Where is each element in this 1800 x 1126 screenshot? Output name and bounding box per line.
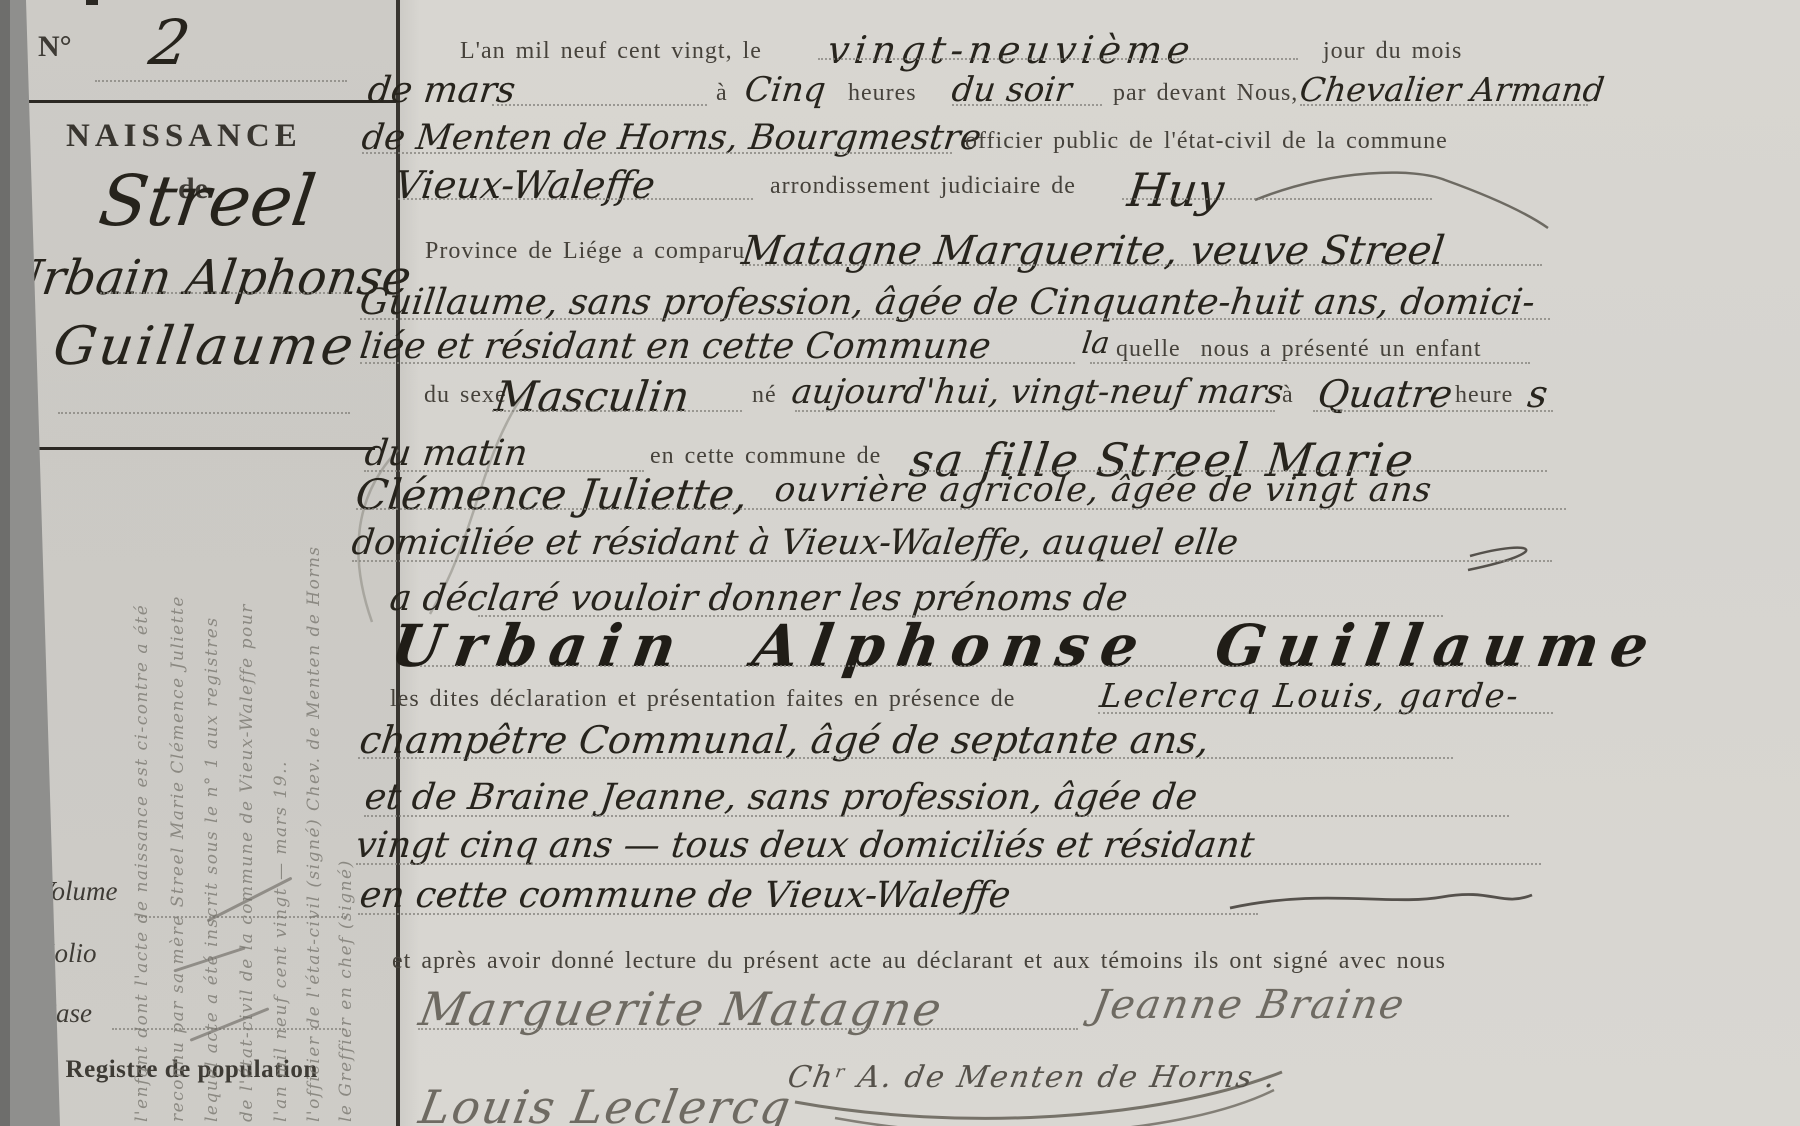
handwritten-child-name: Urbain Alphonse Guillaume (387, 612, 1666, 680)
printed-form-text: en cette commune de (650, 443, 881, 470)
handwritten-entry: Cinq (743, 70, 828, 110)
register-page: N° 2 NAISSANCE de Streel Urbain Alphonse… (0, 0, 1800, 1126)
dotted-leader (95, 80, 347, 82)
dotted-leader (1313, 410, 1553, 412)
dotted-leader (912, 470, 1547, 472)
dotted-leader (58, 412, 350, 414)
handwritten-entry: champêtre Communal, âgé de septante ans, (357, 718, 1211, 762)
act-number-label: N° (38, 30, 72, 64)
scan-speck (86, 0, 98, 5)
printed-form-text: et après avoir donné lecture du présent … (392, 948, 1446, 975)
handwritten-entry: Clémence Juliette, (353, 470, 750, 519)
printed-form-text: à (716, 80, 728, 107)
official-signature: Chʳ A. de Menten de Horns . (785, 1060, 1280, 1095)
dotted-leader (358, 757, 1453, 759)
handwritten-entry: domiciliée et résidant à Vieux-Waleffe, … (350, 523, 1241, 563)
dotted-leader (1122, 198, 1432, 200)
dotted-leader (356, 508, 1566, 510)
handwritten-entry: Vieux-Waleffe (392, 163, 657, 207)
handwritten-entry: Masculin (492, 372, 692, 421)
printed-form-text: arrondissement judiciaire de (770, 173, 1076, 200)
dotted-leader (492, 410, 742, 412)
volume-label: Volume (38, 876, 117, 907)
dotted-leader (356, 863, 1541, 865)
dotted-leader (742, 264, 1542, 266)
printed-form-text: L'an mil neuf cent vingt, le (460, 38, 762, 65)
pencil-note-line: l'officier de l'état-civil (signé) Chev.… (304, 545, 324, 1122)
dotted-leader (418, 1028, 1078, 1030)
handwritten-entry: la (1080, 326, 1112, 361)
handwritten-entry: liée et résidant en cette Commune (357, 326, 993, 367)
dotted-leader (1090, 362, 1530, 364)
case-label: Case (38, 998, 92, 1029)
handwritten-entry: Leclercq Louis, garde- (1098, 676, 1523, 715)
margin-mid-rule (0, 447, 375, 450)
dotted-leader (100, 292, 348, 294)
pencil-note-line: l'an mil neuf cent vingt — mars 19.. (271, 760, 291, 1122)
handwritten-entry: vingt-neuvième (825, 28, 1197, 72)
dotted-leader (398, 198, 753, 200)
pencil-note-line: de l'état-civil de la commune de Vieux-W… (237, 603, 257, 1122)
printed-form-text: quelle nous a présenté un enfant (1116, 336, 1482, 363)
dotted-leader (364, 815, 1509, 817)
dotted-leader (420, 665, 1530, 667)
dotted-leader (478, 615, 1443, 617)
dotted-leader (362, 152, 952, 154)
dotted-leader (952, 104, 1102, 106)
handwritten-entry: du matin (362, 433, 529, 474)
child-given-names-1: Urbain Alphonse (0, 250, 415, 306)
printed-form-text: heures (848, 80, 917, 107)
handwritten-entry: Huy (1125, 163, 1227, 217)
act-type-title: NAISSANCE (66, 118, 302, 155)
dotted-leader (492, 104, 707, 106)
dotted-leader (795, 410, 1275, 412)
margin-top-rule (18, 100, 396, 103)
scanned-birth-act: { "margin": { "number_label": "N°", "num… (0, 0, 1800, 1126)
printed-form-text: à (1282, 382, 1294, 409)
printed-form-text: Province de Liége a comparu (425, 238, 745, 265)
child-surname: Streel (94, 160, 320, 242)
handwritten-entry: ouvrière agricole, âgée de vingt ans (773, 470, 1435, 510)
handwritten-entry: en cette commune de Vieux-Waleffe (357, 875, 1012, 916)
dotted-leader (360, 318, 1550, 320)
dotted-leader (1300, 104, 1588, 106)
witness-signature: Jeanne Braine (1089, 982, 1409, 1028)
dotted-leader (1098, 712, 1553, 714)
printed-form-text: les dites déclaration et présentation fa… (390, 686, 1015, 713)
dotted-leader (358, 913, 1258, 915)
dotted-leader (360, 362, 1075, 364)
child-given-names-2: Guillaume (50, 316, 360, 377)
handwritten-entry: vingt cinq ans — tous deux domiciliés et… (353, 825, 1256, 866)
pencil-note-line: le Greffier en chef (signé) (336, 859, 356, 1122)
handwritten-entry: et de Braine Jeanne, sans profession, âg… (362, 777, 1199, 818)
pencil-note-line: reconnu par sa mère Streel Marie Clémenc… (168, 595, 188, 1122)
dotted-leader (364, 470, 644, 472)
printed-form-text: heure (1455, 382, 1513, 409)
pencil-note-line: lequel acte a été inscrit sous le n° 1 a… (202, 616, 222, 1122)
handwritten-entry: aujourd'hui, vingt-neuf mars (790, 372, 1286, 412)
printed-form-text: jour du mois (1323, 38, 1462, 65)
printed-form-text: officier public de l'état-civil de la co… (965, 128, 1448, 155)
dotted-leader (818, 58, 1298, 60)
handwritten-entry: Matagne Marguerite, veuve Streel (739, 228, 1447, 274)
printed-form-text: par devant Nous, (1113, 80, 1298, 107)
pencil-note-line: l'enfant dont l'acte de naissance est ci… (132, 604, 152, 1122)
folio-label: Folio (38, 938, 97, 969)
handwritten-entry: Guillaume, sans profession, âgée de Cinq… (357, 282, 1537, 323)
printed-form-text: né (752, 382, 777, 409)
witness-signature: Louis Leclercq (415, 1080, 796, 1126)
dotted-leader (352, 560, 1552, 562)
